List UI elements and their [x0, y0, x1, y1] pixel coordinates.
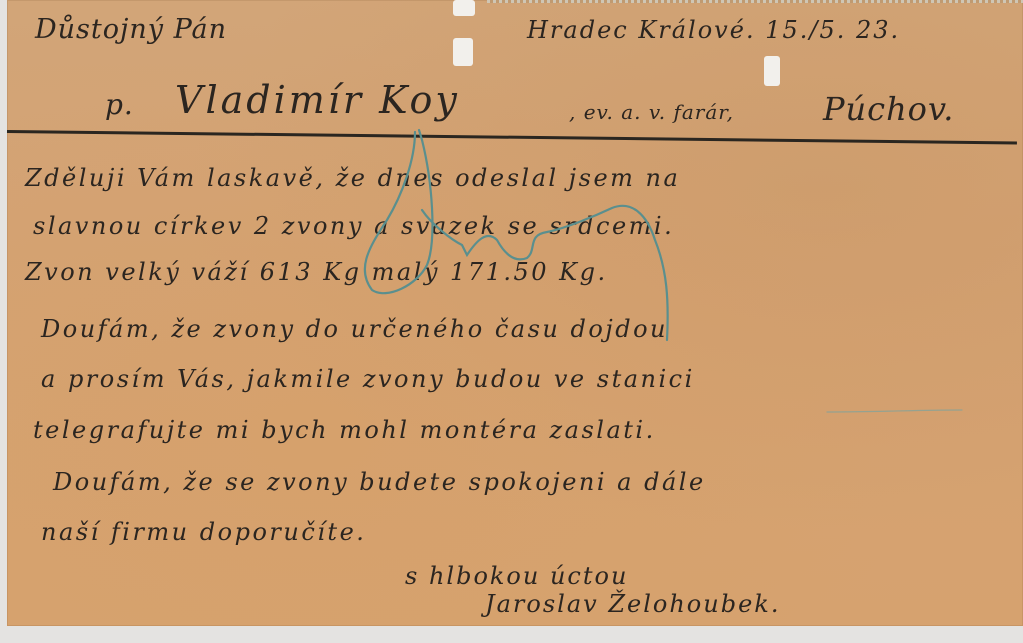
- recipient-title: , ev. a. v. farár,: [569, 100, 734, 124]
- paper-tear: [453, 0, 475, 16]
- place-date: Hradec Králové. 15./5. 23.: [527, 16, 900, 44]
- perforated-edge: [487, 0, 1023, 3]
- paper-hole: [453, 38, 473, 66]
- signature: Jaroslav Želohoubek.: [485, 590, 780, 618]
- address-divider-line: [7, 130, 1017, 144]
- body-line: slavnou církev 2 zvony a svazek se srdce…: [33, 212, 674, 240]
- body-line: naší firmu doporučíte.: [41, 518, 366, 546]
- body-line: Zvon velký váží 613 Kg malý 171.50 Kg.: [25, 258, 608, 286]
- body-line: Zděluji Vám laskavě, že dnes odeslal jse…: [25, 164, 680, 192]
- recipient-prefix: p.: [105, 88, 134, 121]
- closing-regards: s hlbokou úctou: [405, 562, 628, 590]
- recipient-town: Púchov.: [823, 90, 954, 128]
- body-line: a prosím Vás, jakmile zvony budou ve sta…: [41, 365, 695, 393]
- body-line: Doufám, že se zvony budete spokojeni a d…: [53, 468, 706, 496]
- postcard: Důstojný Pán Hradec Králové. 15./5. 23. …: [7, 0, 1023, 626]
- salutation: Důstojný Pán: [35, 14, 227, 45]
- recipient-name: Vladimír Koy: [175, 78, 460, 122]
- paper-hole: [764, 56, 780, 86]
- body-line: Doufám, že zvony do určeného času dojdou: [41, 315, 668, 343]
- body-line: telegrafujte mi bych mohl montéra zaslat…: [33, 416, 656, 444]
